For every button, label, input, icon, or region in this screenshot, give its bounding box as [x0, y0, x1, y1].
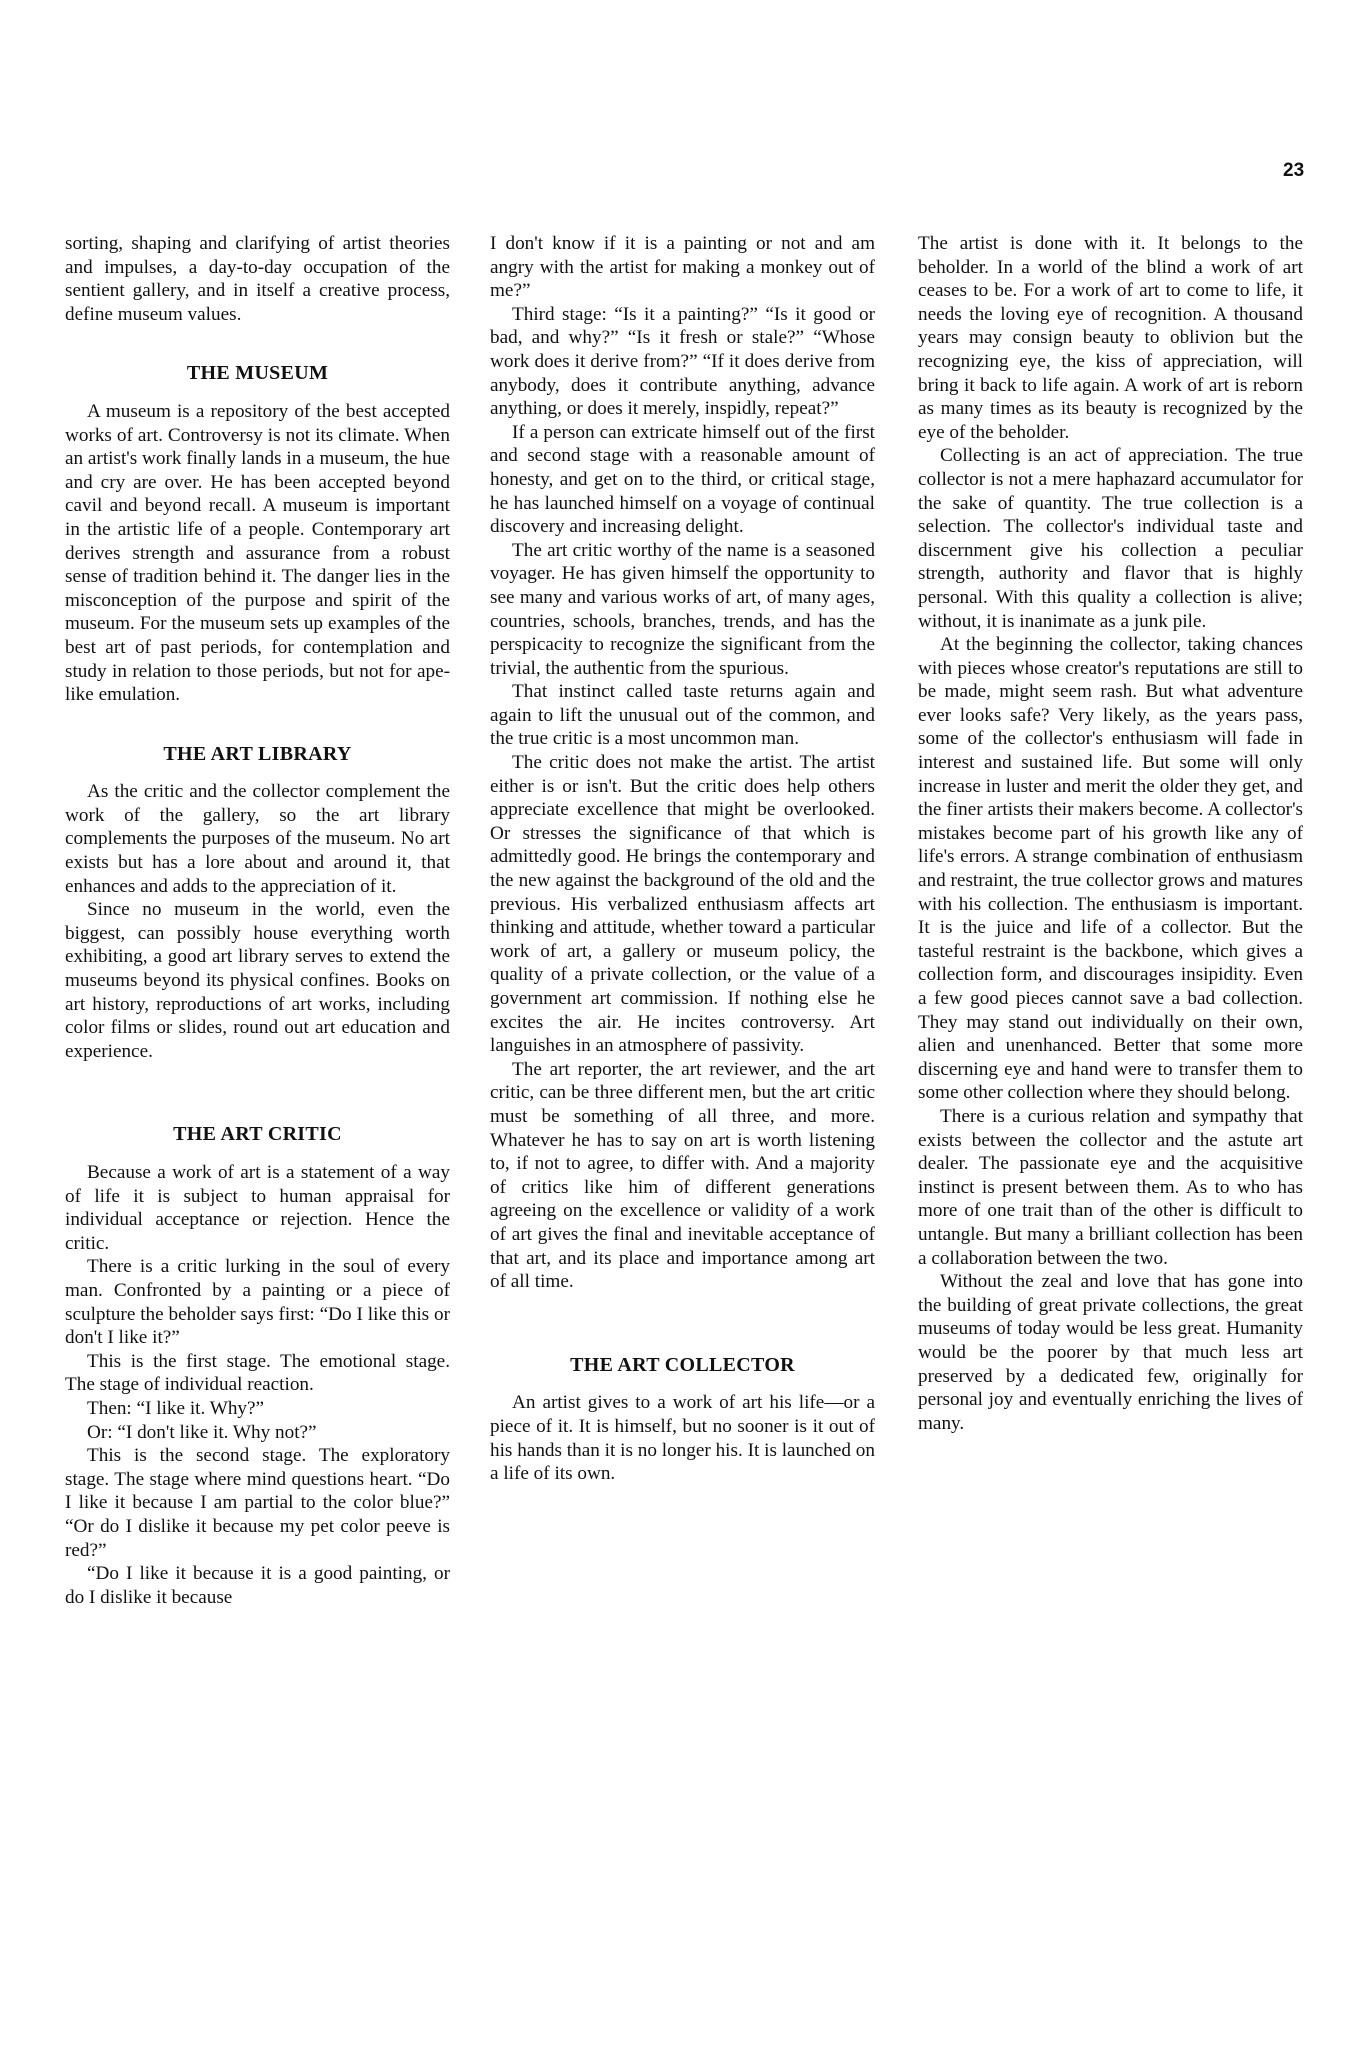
paragraph: A museum is a repository of the best acc…: [65, 400, 450, 707]
paragraph: The critic does not make the artist. The…: [490, 751, 875, 1058]
paragraph: sorting, shaping and clarifying of artis…: [65, 232, 450, 326]
paragraph: There is a critic lurking in the soul of…: [65, 1255, 450, 1349]
page-number: 23: [1283, 160, 1304, 182]
column-1: sorting, shaping and clarifying of artis…: [65, 232, 450, 1609]
paragraph: Then: “I like it. Why?”: [65, 1397, 450, 1421]
paragraph: As the critic and the collector compleme…: [65, 780, 450, 898]
paragraph: Without the zeal and love that has gone …: [918, 1270, 1303, 1435]
paragraph: This is the first stage. The emotional s…: [65, 1350, 450, 1397]
paragraph: I don't know if it is a painting or not …: [490, 232, 875, 303]
column-2: I don't know if it is a painting or not …: [490, 232, 875, 1486]
section-heading-art-library: THE ART LIBRARY: [65, 743, 450, 767]
paragraph: That instinct called taste returns again…: [490, 680, 875, 751]
section-heading-art-collector: THE ART COLLECTOR: [490, 1354, 875, 1378]
paragraph: An artist gives to a work of art his lif…: [490, 1391, 875, 1485]
paragraph: “Do I like it because it is a good paint…: [65, 1562, 450, 1609]
paragraph: Since no museum in the world, even the b…: [65, 898, 450, 1063]
paragraph: If a person can extricate himself out of…: [490, 421, 875, 539]
column-3: The artist is done with it. It belongs t…: [918, 232, 1303, 1435]
section-heading-art-critic: THE ART CRITIC: [65, 1123, 450, 1147]
paragraph: Third stage: “Is it a painting?” “Is it …: [490, 303, 875, 421]
section-heading-museum: THE MUSEUM: [65, 362, 450, 386]
paragraph: This is the second stage. The explorator…: [65, 1444, 450, 1562]
paragraph: Or: “I don't like it. Why not?”: [65, 1421, 450, 1445]
paragraph: There is a curious relation and sympathy…: [918, 1105, 1303, 1270]
paragraph: The art reporter, the art reviewer, and …: [490, 1058, 875, 1294]
paragraph: Collecting is an act of appreciation. Th…: [918, 444, 1303, 633]
paragraph: The artist is done with it. It belongs t…: [918, 232, 1303, 444]
paragraph: The art critic worthy of the name is a s…: [490, 539, 875, 681]
paragraph: At the beginning the collector, taking c…: [918, 633, 1303, 1105]
paragraph: Because a work of art is a statement of …: [65, 1161, 450, 1255]
